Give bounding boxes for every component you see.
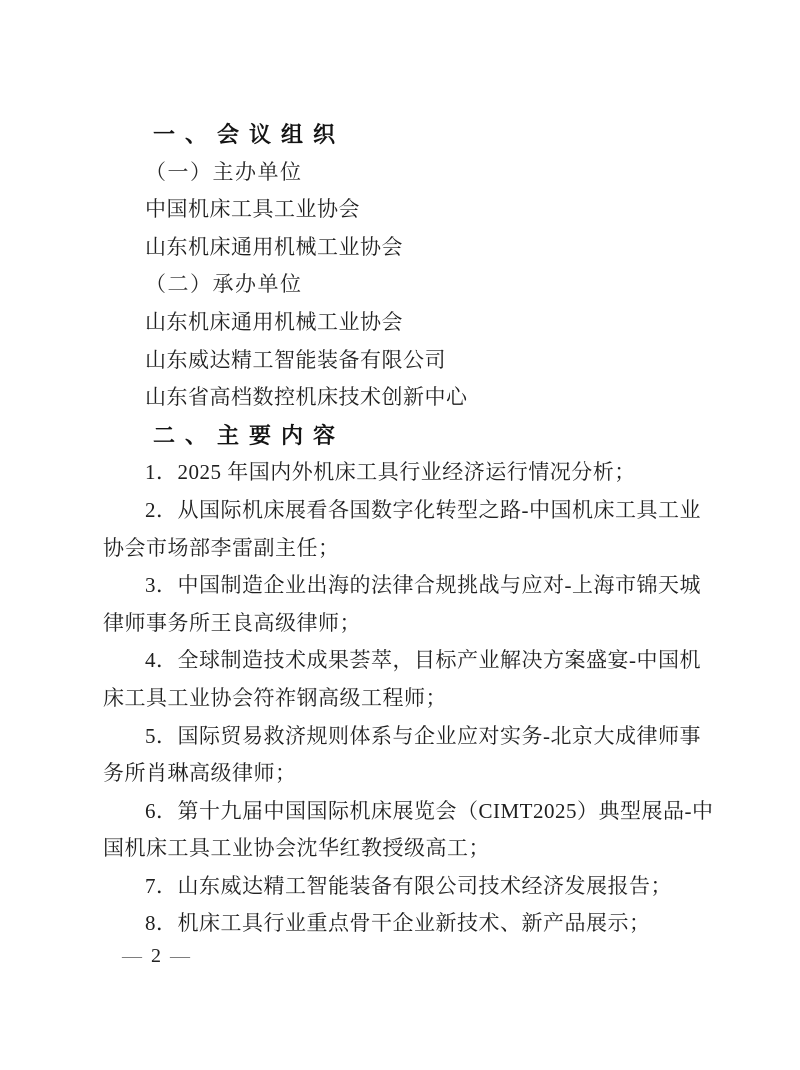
page-number-right-dash: — (170, 945, 190, 967)
subheading-host-units: （一）主办单位 (103, 154, 701, 192)
agenda-item-7: 7．山东威达精工智能装备有限公司技术经济发展报告； (103, 868, 701, 906)
agenda-item-4-continuation: 床工具工业协会符祚钢高级工程师； (103, 680, 701, 718)
organizer-unit-1: 山东机床通用机械工业协会 (103, 304, 701, 342)
heading-meeting-organization: 一、会议组织 (103, 116, 701, 154)
agenda-item-2-continuation: 协会市场部李雷副主任； (103, 530, 701, 568)
document-body: 一、会议组织 （一）主办单位 中国机床工具工业协会 山东机床通用机械工业协会 （… (103, 116, 701, 943)
page-number-value: 2 (151, 945, 161, 967)
subheading-organizer-units: （二）承办单位 (103, 266, 701, 304)
document-page: 一、会议组织 （一）主办单位 中国机床工具工业协会 山东机床通用机械工业协会 （… (0, 0, 800, 1070)
agenda-item-8: 8．机床工具行业重点骨干企业新技术、新产品展示； (103, 905, 701, 943)
page-number: —2— (122, 944, 190, 968)
host-unit-1: 中国机床工具工业协会 (103, 191, 701, 229)
heading-main-content: 二、主要内容 (103, 417, 701, 455)
agenda-item-3-continuation: 律师事务所王良高级律师； (103, 605, 701, 643)
agenda-item-5: 5．国际贸易救济规则体系与企业应对实务-北京大成律师事 (103, 718, 701, 756)
agenda-item-6: 6．第十九届中国国际机床展览会（CIMT2025）典型展品-中 (103, 793, 701, 831)
agenda-item-4: 4．全球制造技术成果荟萃，目标产业解决方案盛宴-中国机 (103, 642, 701, 680)
host-unit-2: 山东机床通用机械工业协会 (103, 229, 701, 267)
organizer-unit-3: 山东省高档数控机床技术创新中心 (103, 379, 701, 417)
agenda-item-3: 3．中国制造企业出海的法律合规挑战与应对-上海市锦天城 (103, 567, 701, 605)
agenda-item-1: 1．2025 年国内外机床工具行业经济运行情况分析； (103, 454, 701, 492)
agenda-item-5-continuation: 务所肖琳高级律师； (103, 755, 701, 793)
organizer-unit-2: 山东威达精工智能装备有限公司 (103, 342, 701, 380)
page-number-left-dash: — (122, 945, 142, 967)
agenda-item-2: 2．从国际机床展看各国数字化转型之路-中国机床工具工业 (103, 492, 701, 530)
agenda-item-6-continuation: 国机床工具工业协会沈华红教授级高工； (103, 830, 701, 868)
